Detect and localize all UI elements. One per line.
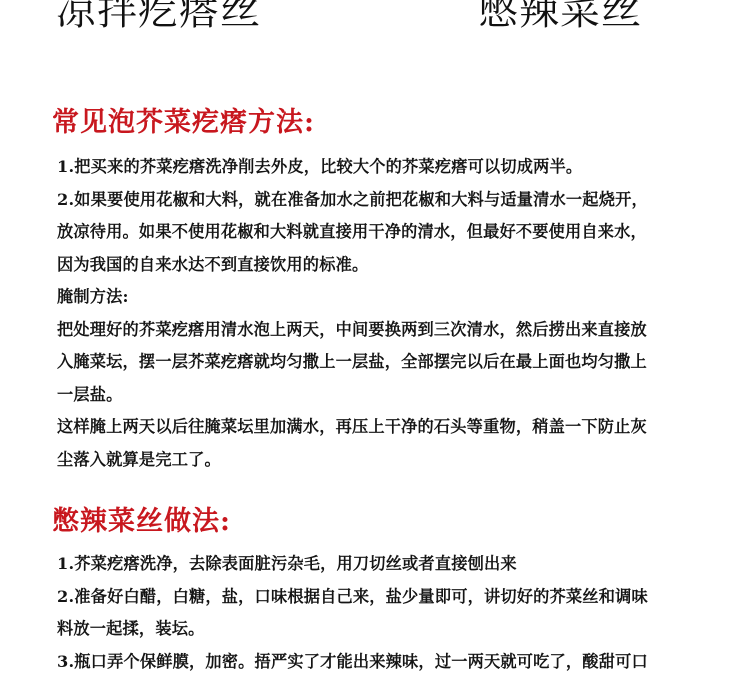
section-body-spicy-shreds-recipe: 1.芥菜疙瘩洗净，去除表面脏污杂毛，用刀切丝或者直接刨出来 2.准备好白醋，白糖…	[57, 548, 648, 678]
section-heading-spicy-shreds-recipe: 憋辣菜丝做法:	[52, 505, 231, 539]
text-line: 一层盐。	[57, 379, 648, 412]
text-line: 1.芥菜疙瘩洗净，去除表面脏污杂毛，用刀切丝或者直接刨出来	[57, 548, 648, 581]
text-line: 1.把买来的芥菜疙瘩洗净削去外皮，比较大个的芥菜疙瘩可以切成两半。	[57, 151, 648, 184]
text-line: 放凉待用。如果不使用花椒和大料就直接用干净的清水，但最好不要使用自来水，	[57, 216, 648, 249]
text-line: 入腌菜坛，摆一层芥菜疙瘩就均匀撒上一层盐，全部摆完以后在最上面也均匀撒上	[57, 346, 648, 379]
section-heading-pickling-method: 常见泡芥菜疙瘩方法:	[52, 106, 315, 140]
text-line: 2.准备好白醋，白糖，盐，口味根据自己来，盐少量即可，讲切好的芥菜丝和调味	[57, 581, 648, 614]
subheading-pickling-steps: 腌制方法:	[57, 281, 648, 314]
text-line: 把处理好的芥菜疙瘩用清水泡上两天，中间要换两到三次清水，然后捞出来直接放	[57, 314, 648, 347]
text-line: 因为我国的自来水达不到直接饮用的标准。	[57, 249, 648, 282]
text-line: 3.瓶口弄个保鲜膜，加密。捂严实了才能出来辣味，过一两天就可吃了，酸甜可口	[57, 646, 648, 679]
section-body-pickling-method: 1.把买来的芥菜疙瘩洗净削去外皮，比较大个的芥菜疙瘩可以切成两半。 2.如果要使…	[57, 151, 648, 476]
caption-right-dish-name: 憋辣菜丝	[478, 0, 642, 36]
text-line: 这样腌上两天以后往腌菜坛里加满水，再压上干净的石头等重物，稍盖一下防止灰	[57, 411, 648, 444]
text-line: 料放一起揉，装坛。	[57, 613, 648, 646]
text-line: 2.如果要使用花椒和大料，就在准备加水之前把花椒和大料与适量清水一起烧开，	[57, 184, 648, 217]
caption-left-dish-name: 凉拌疙瘩丝	[56, 0, 261, 36]
text-line: 尘落入就算是完工了。	[57, 444, 648, 477]
